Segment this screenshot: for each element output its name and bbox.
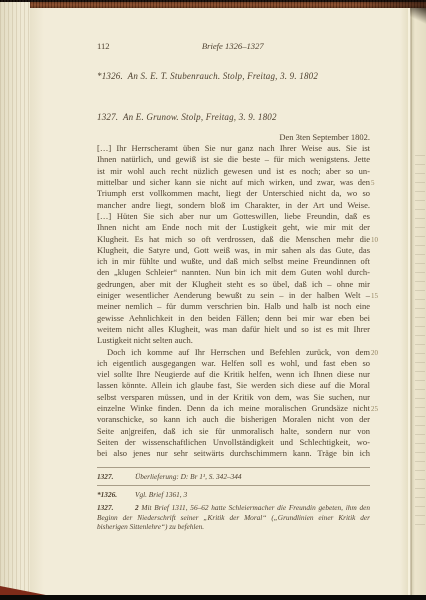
text-line: […] Ihr Herrscheramt üben Sie nur ganz n… [97, 143, 370, 154]
text-line: voranschicke, so kann ich auch die bishe… [97, 414, 370, 425]
text-line-content: weitem nicht alles Klugheit, was man daf… [97, 324, 370, 334]
line-number: 15 [371, 291, 387, 301]
letter-headings: *1326. An S. E. T. Stubenrauch. Stolp, F… [97, 71, 370, 123]
text-line-content: einzelne Winke finden. Denn da ich meine… [97, 403, 370, 413]
text-line-content: Lustigkeit nicht selten auch. [97, 335, 193, 345]
text-line: ich in mir fühlte und wußte, und daß mic… [97, 256, 370, 267]
text-line: Triumph erst vollkommen macht, liegt der… [97, 188, 370, 199]
critical-apparatus: 1327. Überlieferung: D: Br 1¹, S. 342–34… [97, 467, 370, 532]
text-line-content: Triumph erst vollkommen macht, liegt der… [97, 188, 370, 198]
text-line: ich eigentlich ausgegangen war. Helfen s… [97, 358, 370, 369]
apparatus-text: Vgl. Brief 1361, 3 [135, 490, 370, 499]
apparatus-label: 1327. [97, 472, 135, 481]
text-line-content: mancher andre liegt, sondern bloß im Cha… [97, 200, 370, 210]
text-line: gewisse Aehnlichkeit in den beiden Fälle… [97, 313, 370, 324]
bottom-frame [0, 595, 426, 600]
text-line: Seite an|greifen, daß ich sie für unmora… [97, 426, 370, 437]
text-line: Lustigkeit nicht selten auch. [97, 335, 370, 346]
right-fore-edge [408, 8, 426, 595]
text-line-content: Doch ich komme auf Ihr Herrschen und Bef… [107, 347, 370, 357]
text-line: Klugheit, die Satyre und, Gott weiß was,… [97, 245, 370, 256]
text-line-content: lassen könnte. Allein ich glaube fast, S… [97, 380, 370, 390]
apparatus-label: 1327. [97, 503, 135, 512]
book-photo: 112 Briefe 1326–1327 *1326. An S. E. T. … [0, 0, 426, 600]
text-line-content: viel sollte Ihre Neugierde auf die Kriti… [97, 369, 370, 379]
text-line-content: mittelbar und sicher kann sie nicht auf … [97, 177, 370, 187]
apparatus-text: Überlieferung: D: Br 1¹, S. 342–344 [135, 472, 370, 481]
text-line: meiner nemlich – für dumm verschrien bin… [97, 301, 370, 312]
text-line: lassen könnte. Allein ich glaube fast, S… [97, 380, 370, 391]
top-right-shadow [410, 8, 426, 24]
text-line: selbst versparen müssen, und in der Krit… [97, 392, 370, 403]
text-line: Doch ich komme auf Ihr Herrschen und Bef… [97, 347, 370, 358]
page-header: 112 Briefe 1326–1327 [97, 41, 370, 52]
running-head: Briefe 1326–1327 [110, 41, 370, 52]
text-line-content: […] Ihr Herrscheramt üben Sie nur ganz n… [97, 143, 370, 153]
text-line: viel sollte Ihre Neugierde auf die Kriti… [97, 369, 370, 380]
letter-body: Den 3ten September 1802. […] Ihr Herrsch… [97, 132, 370, 460]
text-line-content: Ihnen natürlich, und gewiß ist sie die b… [97, 154, 370, 164]
left-page-stack-edge [0, 2, 30, 595]
text-line-content: gedrungen, aber mit der Klugheit steht e… [97, 279, 370, 289]
line-number: 20 [371, 348, 387, 358]
apparatus-rule-top [97, 467, 370, 468]
text-line: gedrungen, aber mit der Klugheit steht e… [97, 279, 370, 290]
text-line: Klugheit. Es hat mich so oft verdrossen,… [97, 234, 370, 245]
apparatus-rule-mid [97, 485, 370, 486]
apparatus-entry-transmission: 1327. Überlieferung: D: Br 1¹, S. 342–34… [97, 472, 370, 481]
text-line-content: Ihnen nicht am Ende noch mit der Lustigk… [97, 222, 370, 232]
line-number: 10 [371, 235, 387, 245]
text-line-content: bei also jenes nur sehr seitwärts durchs… [97, 448, 370, 458]
apparatus-entry-1327: 1327.2 Mit Brief 1311, 56–62 hatte Schle… [97, 503, 370, 531]
text-line: Den 3ten September 1802. [97, 132, 370, 143]
page-number: 112 [97, 41, 110, 52]
text-line-content: ich in mir fühlte und wußte, und daß mic… [97, 256, 370, 266]
text-line-content: […] Hüten Sie sich aber nur um Gotteswil… [97, 211, 370, 221]
text-line: Ihnen nicht am Ende noch mit der Lustigk… [97, 222, 370, 233]
text-line: […] Hüten Sie sich aber nur um Gotteswil… [97, 211, 370, 222]
letter-heading: 1327. An E. Grunow. Stolp, Freitag, 3. 9… [97, 112, 370, 123]
text-line: weitem nicht alles Klugheit, was man daf… [97, 324, 370, 335]
text-line-content: den „klugen Schleier“ nannten. Nun bin i… [97, 267, 370, 277]
text-line: bei also jenes nur sehr seitwärts durchs… [97, 448, 370, 459]
line-number: 25 [371, 404, 387, 414]
book-page: 112 Briefe 1326–1327 *1326. An S. E. T. … [30, 8, 408, 595]
page-content: 112 Briefe 1326–1327 *1326. An S. E. T. … [97, 8, 370, 532]
text-line-content: voranschicke, so kann ich auch die bishe… [97, 414, 370, 424]
text-line-content: einiger wesentlicher Aenderung bewußt zu… [97, 290, 370, 300]
text-line-content: Den 3ten September 1802. [279, 132, 370, 142]
letter-heading-text: *1326. An S. E. T. Stubenrauch. Stolp, F… [97, 71, 318, 81]
apparatus-label: *1326. [97, 490, 135, 499]
text-line: einzelne Winke finden. Denn da ich meine… [97, 403, 370, 414]
text-line: den „klugen Schleier“ nannten. Nun bin i… [97, 267, 370, 278]
facing-page-ghost-text [415, 148, 425, 525]
text-line-content: Seiten der wissenschaftlichen Unvollstän… [97, 437, 370, 447]
text-line: mittelbar und sicher kann sie nicht auf … [97, 177, 370, 188]
text-line-content: ich eigentlich ausgegangen war. Helfen s… [97, 358, 370, 368]
apparatus-line-ref: 2 [135, 503, 139, 512]
text-line-content: gewisse Aehnlichkeit in den beiden Fälle… [97, 313, 370, 323]
text-line-content: meiner nemlich – für dumm verschrien bin… [97, 301, 370, 311]
letter-heading-text: 1327. An E. Grunow. Stolp, Freitag, 3. 9… [97, 112, 277, 122]
text-line-content: Seite an|greifen, daß ich sie für unmora… [97, 426, 370, 436]
apparatus-entry-1326: *1326. Vgl. Brief 1361, 3 [97, 490, 370, 499]
text-line-content: selbst versparen müssen, und in der Krit… [97, 392, 370, 402]
line-number: 5 [371, 178, 387, 188]
text-line-content: ist mir wohl auch recht nüzlich gewesen … [97, 166, 370, 176]
text-line: Ihnen natürlich, und gewiß ist sie die b… [97, 154, 370, 165]
text-line-content: Klugheit. Es hat mich so oft verdrossen,… [97, 234, 370, 244]
text-line: mancher andre liegt, sondern bloß im Cha… [97, 200, 370, 211]
text-line: ist mir wohl auch recht nüzlich gewesen … [97, 166, 370, 177]
text-line-content: Klugheit, die Satyre und, Gott weiß was,… [97, 245, 370, 255]
text-line: Seiten der wissenschaftlichen Unvollstän… [97, 437, 370, 448]
letter-heading: *1326. An S. E. T. Stubenrauch. Stolp, F… [97, 71, 370, 82]
text-line: einiger wesentlicher Aenderung bewußt zu… [97, 290, 370, 301]
